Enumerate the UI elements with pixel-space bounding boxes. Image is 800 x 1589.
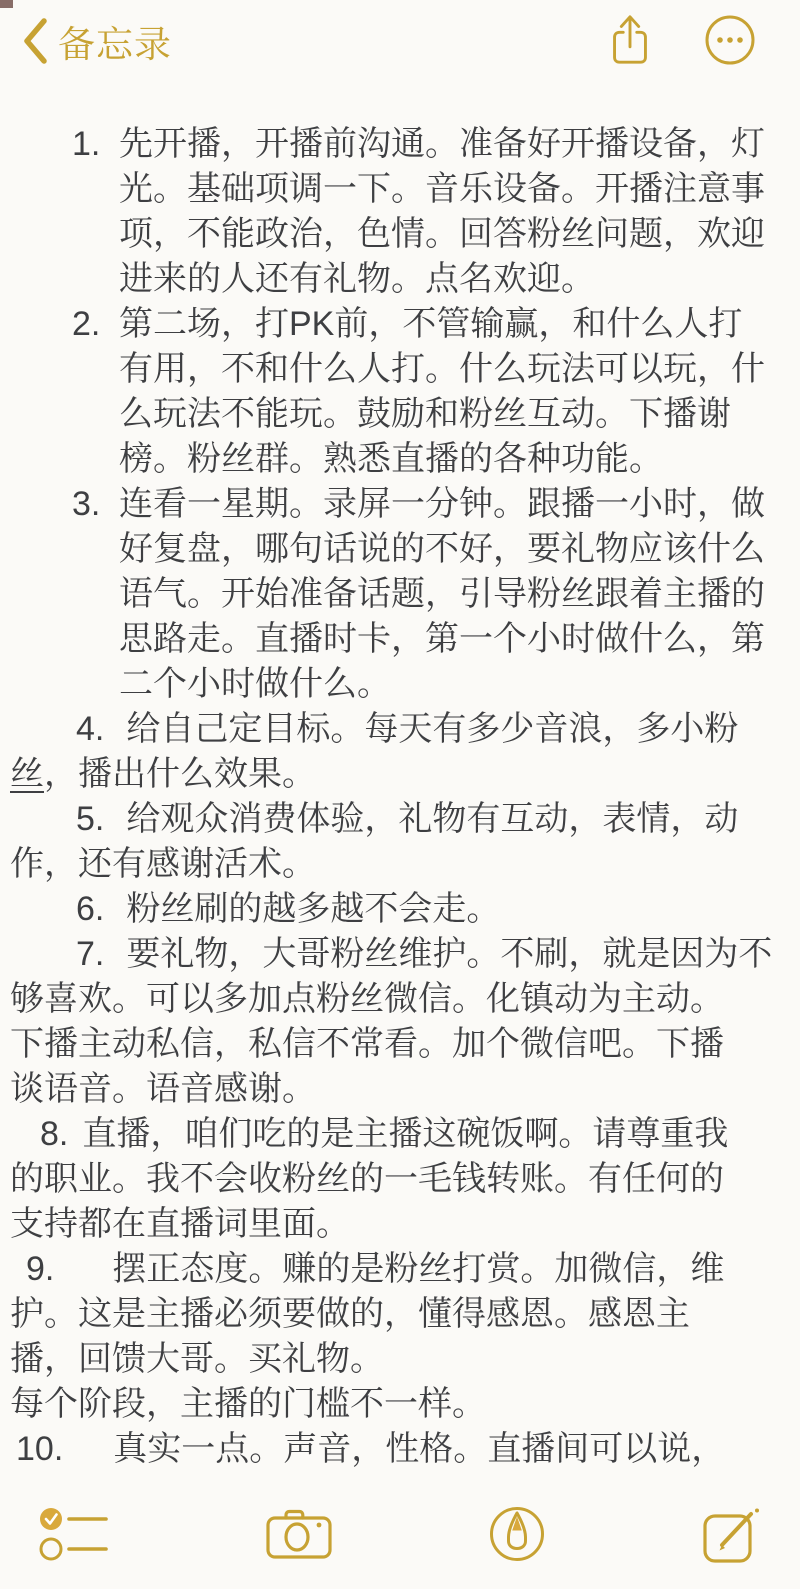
text-line: 思路走。直播时卡，第一个小时做什么，第 [119,617,800,662]
text-line: 先开播，开播前沟通。准备好开播设备，灯 [119,122,800,167]
list-number: 2. [72,302,100,347]
share-button[interactable] [608,12,652,71]
topbar-actions [608,12,756,71]
text-line: 光。基础项调一下。音乐设备。开播注意事 [119,167,800,212]
list-number: 10. [16,1430,63,1468]
text-line: 进来的人还有礼物。点名欢迎。 [119,257,800,302]
text-line: 9.摆正态度。赚的是粉丝打赏。加微信，维 [10,1247,800,1292]
checklist-icon [38,1504,110,1564]
compose-button[interactable] [702,1504,762,1564]
text-line: 二个小时做什么。 [119,662,800,707]
text-line: 丝，播出什么效果。 [10,752,800,797]
chevron-left-icon [22,17,48,65]
share-icon [608,12,652,68]
checklist-button[interactable] [38,1504,110,1564]
spellcheck-underlined-text: 丝 [10,755,44,793]
list-item-3: 3. 连看一星期。录屏一分钟。跟播一小时，做 好复盘，哪句话说的不好，要礼物应该… [0,482,800,707]
list-number: 4. [76,710,104,748]
text-line: 榜。粉丝群。熟悉直播的各种功能。 [119,437,800,482]
text-line: 10.真实一点。声音，性格。直播间可以说， [10,1427,800,1472]
list-item-8: 8.直播，咱们吃的是主播这碗饭啊。请尊重我 的职业。我不会收粉丝的一毛钱转账。有… [0,1112,800,1247]
text-line: 护。这是主播必须要做的，懂得感恩。感恩主 [10,1292,800,1337]
list-item-10: 10.真实一点。声音，性格。直播间可以说， [0,1427,800,1472]
plain-paragraph: 每个阶段，主播的门槛不一样。 [0,1382,800,1427]
list-item-4: 4.给自己定目标。每天有多少音浪，多小粉 丝，播出什么效果。 [0,707,800,797]
markup-button[interactable] [488,1505,546,1563]
list-number: 7. [76,935,104,973]
text-line: 下播主动私信，私信不常看。加个微信吧。下播 [10,1022,800,1067]
text-line: 么玩法不能玩。鼓励和粉丝互动。下播谢 [119,392,800,437]
markup-icon [488,1505,546,1563]
text-line: 播，回馈大哥。买礼物。 [10,1337,800,1382]
list-number: 9. [26,1250,54,1288]
text-line: 有用，不和什么人打。什么玩法可以玩，什 [119,347,800,392]
list-item-6: 6.粉丝刷的越多越不会走。 [0,887,800,932]
list-number: 3. [72,482,100,527]
bottom-toolbar [0,1496,800,1572]
text-line: 8.直播，咱们吃的是主播这碗饭啊。请尊重我 [10,1112,800,1157]
list-item-5: 5.给观众消费体验，礼物有互动，表情，动 作，还有感谢活术。 [0,797,800,887]
text-line: 6.粉丝刷的越多越不会走。 [10,887,800,932]
screen-corner-artifact [0,0,13,8]
list-item-9: 9.摆正态度。赚的是粉丝打赏。加微信，维 护。这是主播必须要做的，懂得感恩。感恩… [0,1247,800,1382]
text-line: 好复盘，哪句话说的不好，要礼物应该什么 [119,527,800,572]
text-line: 谈语音。语音感谢。 [10,1067,800,1112]
back-button[interactable]: 备忘录 [22,14,172,68]
note-editor[interactable]: 1. 先开播，开播前沟通。准备好开播设备，灯 光。基础项调一下。音乐设备。开播注… [0,122,800,1472]
more-button[interactable] [704,14,756,69]
list-number: 6. [76,890,104,928]
list-number: 8. [40,1115,68,1153]
text-line: 支持都在直播词里面。 [10,1202,800,1247]
text-line: 的职业。我不会收粉丝的一毛钱转账。有任何的 [10,1157,800,1202]
notes-app-screen: 备忘录 1. 先开播，开播前沟通 [0,0,800,1589]
text-line: 够喜欢。可以多加点粉丝微信。化镇动为主动。 [10,977,800,1022]
list-number: 5. [76,800,104,838]
list-item-1: 1. 先开播，开播前沟通。准备好开播设备，灯 光。基础项调一下。音乐设备。开播注… [0,122,800,302]
text-line: 项，不能政治，色情。回答粉丝问题，欢迎 [119,212,800,257]
camera-icon [266,1508,332,1560]
compose-icon [702,1504,762,1564]
text-line: 7.要礼物，大哥粉丝维护。不刷，就是因为不 [10,932,800,977]
text-line: 语气。开始准备话题，引导粉丝跟着主播的 [119,572,800,617]
top-navigation-bar: 备忘录 [0,12,800,70]
text-line: 4.给自己定目标。每天有多少音浪，多小粉 [10,707,800,752]
back-button-label: 备忘录 [58,14,172,68]
text-line: 连看一星期。录屏一分钟。跟播一小时，做 [119,482,800,527]
text-line: 第二场，打PK前，不管输赢，和什么人打 [119,302,800,347]
text-line: 作，还有感谢活术。 [10,842,800,887]
camera-button[interactable] [266,1508,332,1560]
text-line: 5.给观众消费体验，礼物有互动，表情，动 [10,797,800,842]
text-line: 每个阶段，主播的门槛不一样。 [10,1382,800,1427]
list-number: 1. [72,122,100,167]
list-item-2: 2. 第二场，打PK前，不管输赢，和什么人打 有用，不和什么人打。什么玩法可以玩… [0,302,800,482]
ellipsis-icon [704,14,756,66]
list-item-7: 7.要礼物，大哥粉丝维护。不刷，就是因为不 够喜欢。可以多加点粉丝微信。化镇动为… [0,932,800,1112]
